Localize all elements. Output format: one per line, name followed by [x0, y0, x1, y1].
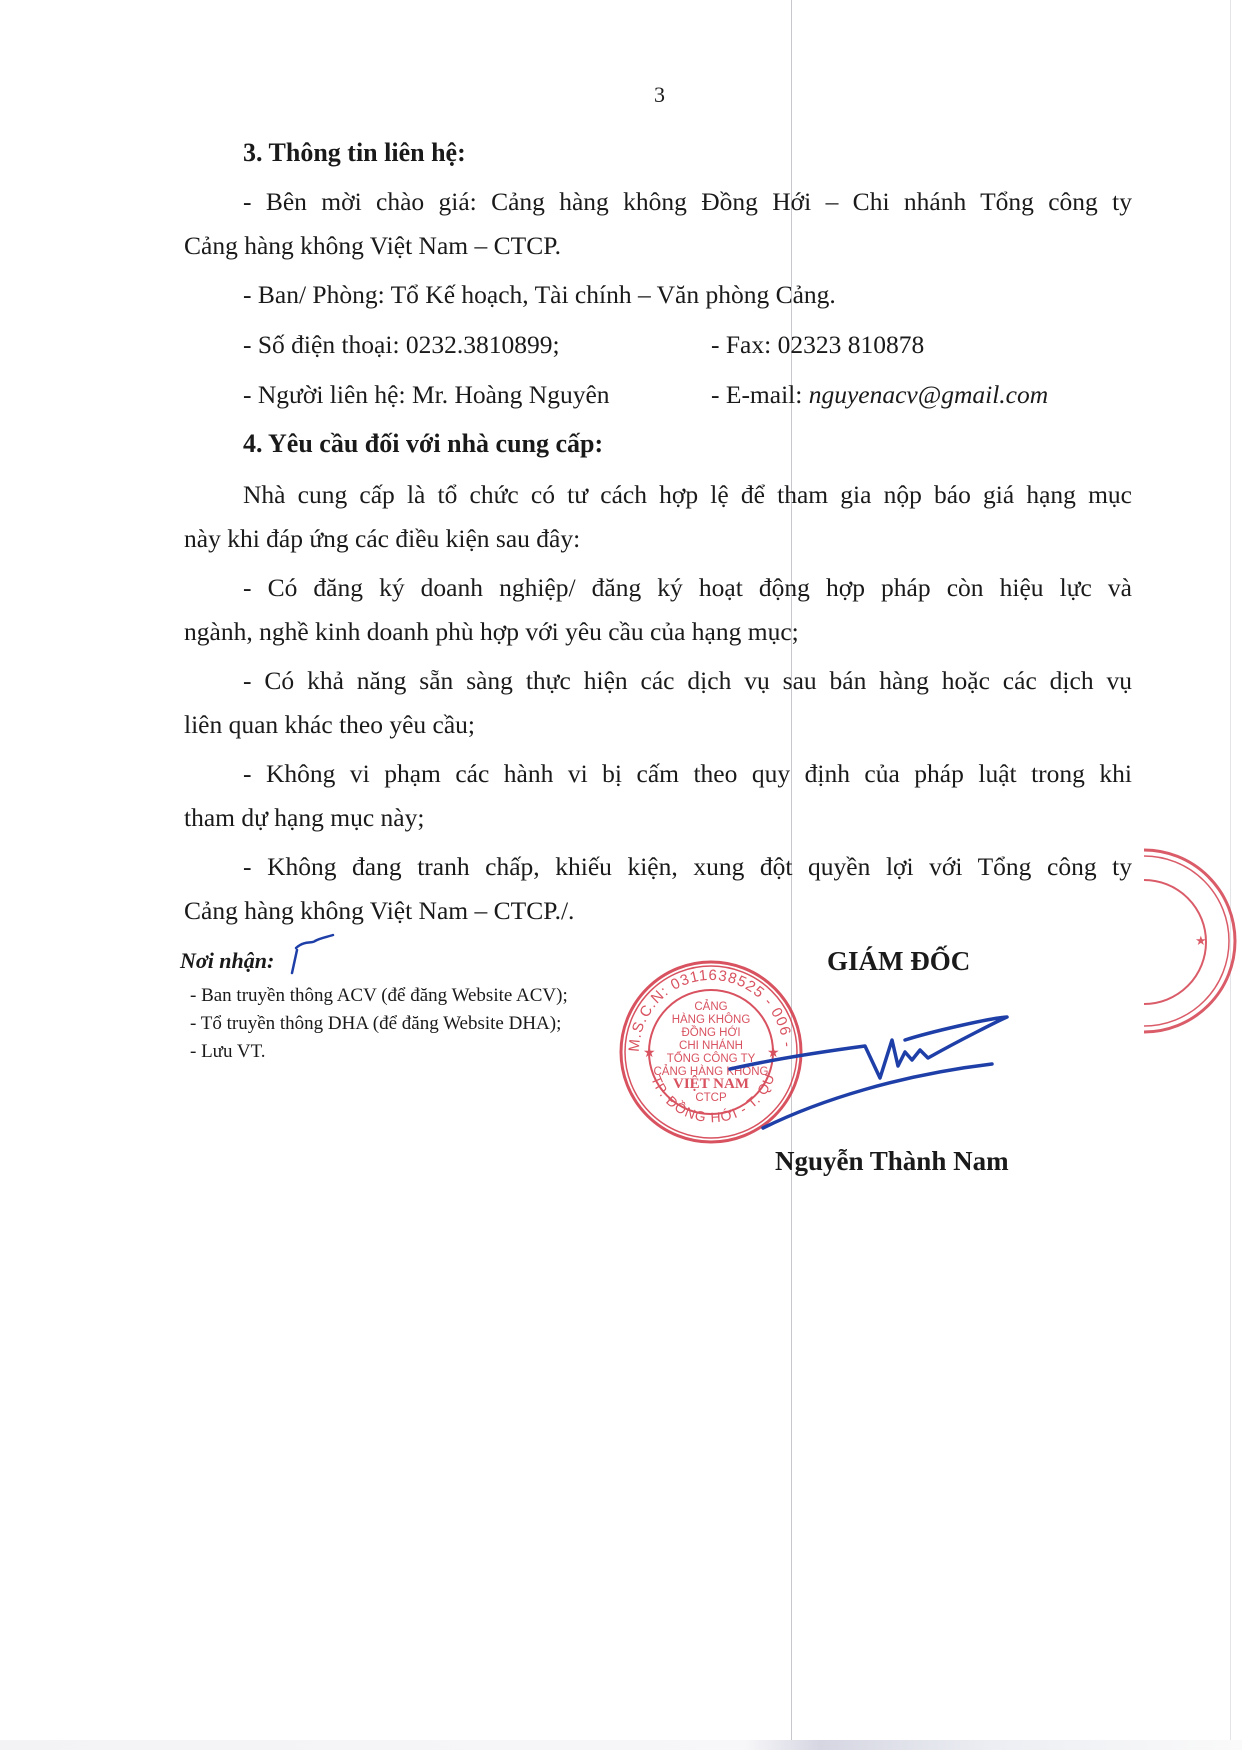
stamp-and-signature-layer: M.S.C.N: 0311638525 - 006 - C.T.C.P TP. …: [0, 0, 1242, 1750]
company-seal-stamp: M.S.C.N: 0311638525 - 006 - C.T.C.P TP. …: [0, 0, 801, 1142]
initial-mark: [292, 935, 333, 973]
stamp-outer-text: M.S.C.N: 0311638525 - 006 - C.T.C.P: [0, 0, 796, 1053]
stamp-inner-line: CHI NHÁNH: [679, 1039, 743, 1052]
stamp-inner-line: VIỆT NAM: [673, 1075, 749, 1092]
svg-text:TP. ĐỒNG HỚI - T. QUẢNG BÌNH: TP. ĐỒNG HỚI - T. QUẢNG BÌNH: [0, 0, 778, 1125]
stamp-bottom-text: TP. ĐỒNG HỚI - T. QUẢNG BÌNH: [0, 0, 778, 1125]
stamp-inner-line: CẢNG: [694, 1000, 727, 1013]
stamp-inner-line: ĐỒNG HỚI: [681, 1026, 740, 1039]
stamp-inner-line: CTCP: [695, 1092, 727, 1104]
director-signature: [730, 1017, 1007, 1128]
stamp-inner-line: TỔNG CÔNG TY: [667, 1052, 756, 1065]
star-icon: ★: [1195, 933, 1207, 948]
partial-seal-stamp: ★: [1144, 850, 1235, 1032]
stamp-inner-line: HÀNG KHÔNG: [672, 1013, 751, 1026]
svg-text:M.S.C.N: 0311638525 - 006 - C.: M.S.C.N: 0311638525 - 006 - C.T.C.P: [0, 0, 796, 1053]
scan-artifact-strip: [0, 1740, 1242, 1750]
star-icon: ★: [643, 1046, 656, 1061]
